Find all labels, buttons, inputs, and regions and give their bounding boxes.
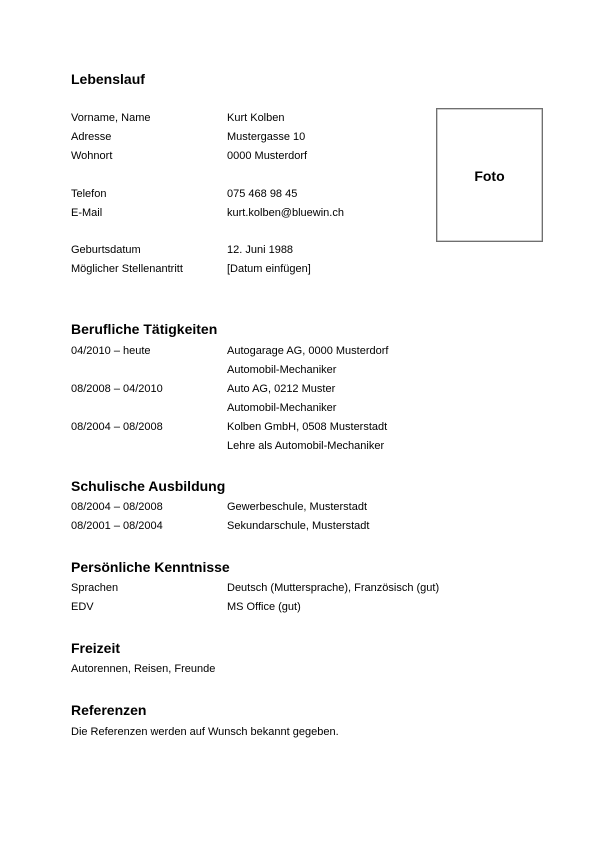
experience-row: 04/2010 – heute Autogarage AG, 0000 Must… [71,342,531,361]
references-text: Die Referenzen werden auf Wunsch bekannt… [71,723,339,742]
photo-label: Foto [437,168,542,184]
education-row: 08/2001 – 08/2004 Sekundarschule, Muster… [71,517,531,536]
field-value: Kurt Kolben [227,109,284,128]
hobbies-text: Autorennen, Reisen, Freunde [71,660,215,679]
photo-placeholder: Foto [436,108,543,242]
section-heading-education: Schulische Ausbildung [71,478,225,494]
field-label: Möglicher Stellenantritt [71,260,183,279]
period: 08/2004 – 08/2008 [71,418,163,437]
field-label: Telefon [71,185,106,204]
personal-row-start-date: Möglicher Stellenantritt [Datum einfügen… [71,260,531,279]
experience-row: Automobil-Mechaniker [71,361,531,380]
field-label: E-Mail [71,204,102,223]
personal-row-birthdate: Geburtsdatum 12. Juni 1988 [71,241,531,260]
school: Sekundarschule, Musterstadt [227,517,369,536]
job-title: Automobil-Mechaniker [227,361,336,380]
field-label: Wohnort [71,147,112,166]
period: 08/2001 – 08/2004 [71,517,163,536]
school: Gewerbeschule, Musterstadt [227,498,367,517]
field-value: [Datum einfügen] [227,260,311,279]
experience-row: Lehre als Automobil-Mechaniker [71,437,531,456]
page-title: Lebenslauf [71,71,145,87]
section-heading-experience: Berufliche Tätigkeiten [71,321,217,337]
cv-page: Lebenslauf Vorname, Name Kurt Kolben Adr… [0,0,595,842]
experience-row: Automobil-Mechaniker [71,399,531,418]
employer: Auto AG, 0212 Muster [227,380,335,399]
employer: Kolben GmbH, 0508 Musterstadt [227,418,387,437]
section-heading-skills: Persönliche Kenntnisse [71,559,230,575]
field-value: 0000 Musterdorf [227,147,307,166]
skill-value: MS Office (gut) [227,598,301,617]
section-heading-references: Referenzen [71,702,146,718]
skills-row: Sprachen Deutsch (Muttersprache), Franzö… [71,579,531,598]
field-label: Geburtsdatum [71,241,141,260]
field-value: 075 468 98 45 [227,185,297,204]
field-value: 12. Juni 1988 [227,241,293,260]
skill-value: Deutsch (Muttersprache), Französisch (gu… [227,579,439,598]
education-row: 08/2004 – 08/2008 Gewerbeschule, Musters… [71,498,531,517]
field-label: Vorname, Name [71,109,150,128]
period: 08/2008 – 04/2010 [71,380,163,399]
section-heading-hobbies: Freizeit [71,640,120,656]
experience-row: 08/2004 – 08/2008 Kolben GmbH, 0508 Must… [71,418,531,437]
job-title: Automobil-Mechaniker [227,399,336,418]
period: 08/2004 – 08/2008 [71,498,163,517]
field-value: Mustergasse 10 [227,128,305,147]
employer: Autogarage AG, 0000 Musterdorf [227,342,388,361]
skill-label: Sprachen [71,579,118,598]
experience-row: 08/2008 – 04/2010 Auto AG, 0212 Muster [71,380,531,399]
email-link: kurt.kolben@bluewin.ch [227,204,344,223]
field-label: Adresse [71,128,111,147]
skill-label: EDV [71,598,94,617]
job-title: Lehre als Automobil-Mechaniker [227,437,384,456]
period: 04/2010 – heute [71,342,151,361]
skills-row: EDV MS Office (gut) [71,598,531,617]
